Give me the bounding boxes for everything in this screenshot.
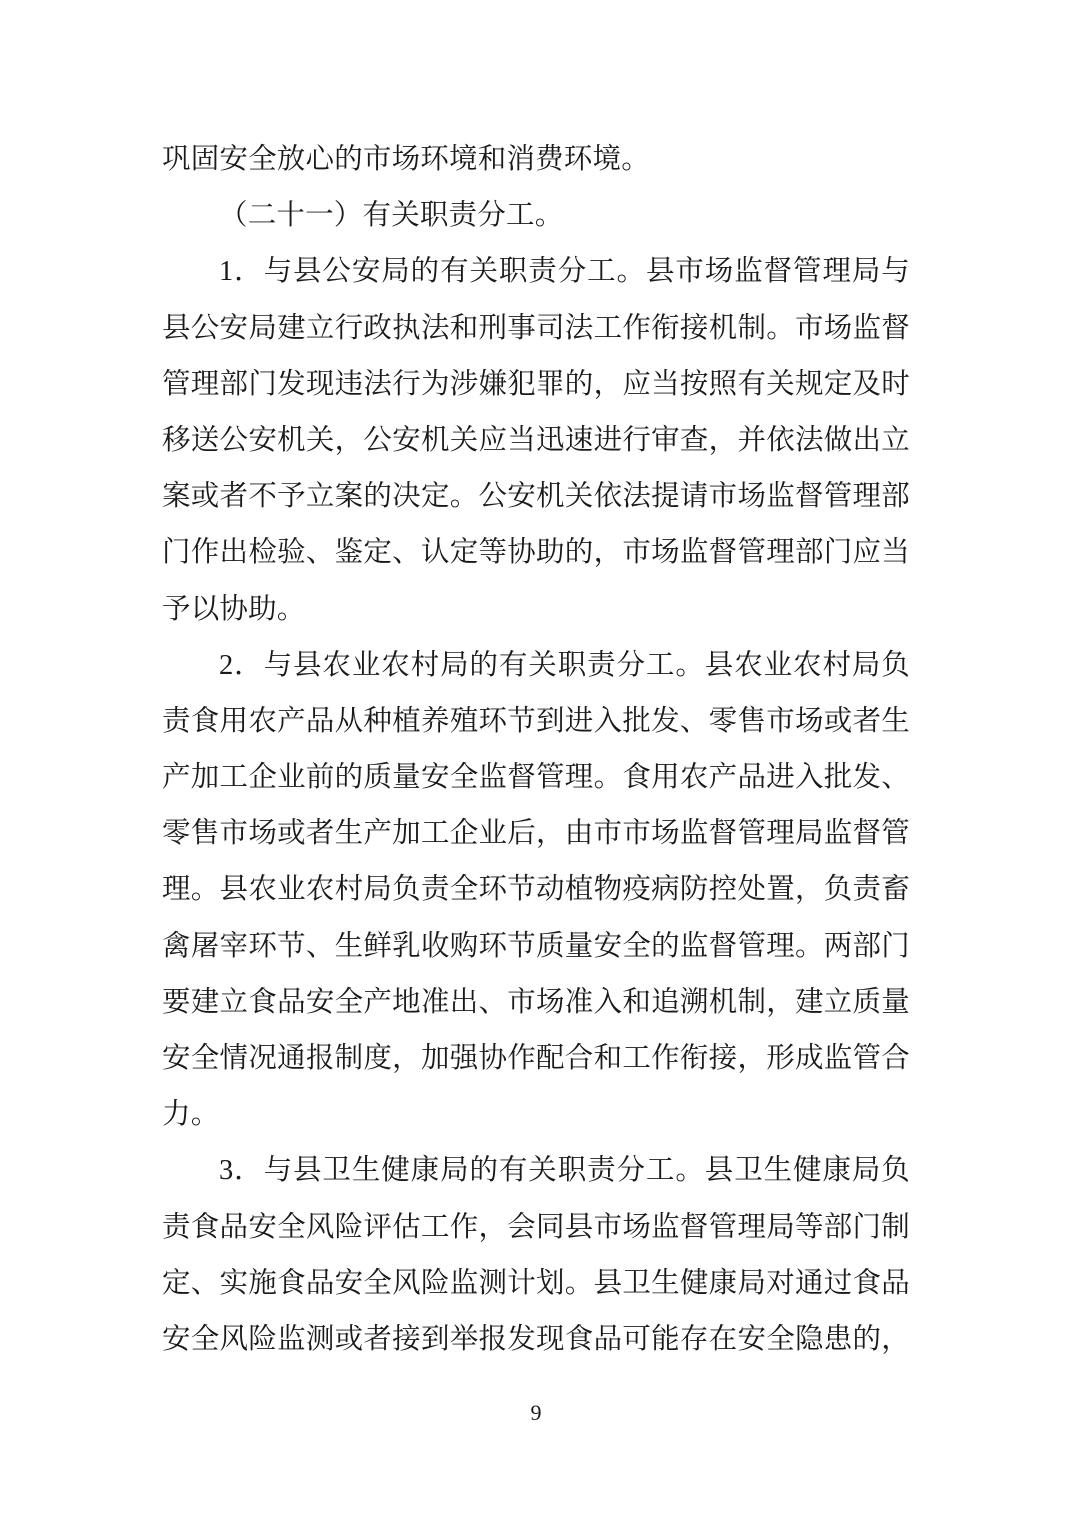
text-line: 2．与县农业农村局的有关职责分工。县农业农村局负: [162, 638, 910, 694]
text-line: 安全风险监测或者接到举报发现食品可能存在安全隐患的，: [162, 1312, 910, 1368]
text-line: 零售市场或者生产加工企业后，由市市场监督管理局监督管: [162, 806, 910, 862]
document-page: 巩固安全放心的市场环境和消费环境。 （二十一）有关职责分工。 1．与县公安局的有…: [0, 0, 1074, 1520]
text-line: 力。: [162, 1087, 910, 1143]
text-line: 管理部门发现违法行为涉嫌犯罪的，应当按照有关规定及时: [162, 357, 910, 413]
text-line: 3．与县卫生健康局的有关职责分工。县卫生健康局负: [162, 1143, 910, 1199]
text-line: 禽屠宰环节、生鲜乳收购环节质量安全的监督管理。两部门: [162, 919, 910, 975]
text-line: 产加工企业前的质量安全监督管理。食用农产品进入批发、: [162, 750, 910, 806]
text-line: 予以协助。: [162, 582, 910, 638]
text-line: 安全情况通报制度，加强协作配合和工作衔接，形成监管合: [162, 1031, 910, 1087]
text-line: 门作出检验、鉴定、认定等协助的，市场监督管理部门应当: [162, 525, 910, 581]
section-heading: （二十一）有关职责分工。: [162, 188, 910, 244]
text-line: 要建立食品安全产地准出、市场准入和追溯机制，建立质量: [162, 975, 910, 1031]
text-line: 责食用农产品从种植养殖环节到进入批发、零售市场或者生: [162, 694, 910, 750]
text-line: 县公安局建立行政执法和刑事司法工作衔接机制。市场监督: [162, 301, 910, 357]
text-line: 1．与县公安局的有关职责分工。县市场监督管理局与: [162, 244, 910, 300]
text-line: 理。县农业农村局负责全环节动植物疫病防控处置，负责畜: [162, 862, 910, 918]
page-number: 9: [162, 1398, 910, 1428]
text-line: 责食品安全风险评估工作，会同县市场监督管理局等部门制: [162, 1200, 910, 1256]
text-line: 移送公安机关，公安机关应当迅速进行审查，并依法做出立: [162, 413, 910, 469]
text-line: 定、实施食品安全风险监测计划。县卫生健康局对通过食品: [162, 1256, 910, 1312]
document-body: 巩固安全放心的市场环境和消费环境。 （二十一）有关职责分工。 1．与县公安局的有…: [162, 132, 910, 1368]
text-line: 案或者不予立案的决定。公安机关依法提请市场监督管理部: [162, 469, 910, 525]
text-line: 巩固安全放心的市场环境和消费环境。: [162, 132, 910, 188]
